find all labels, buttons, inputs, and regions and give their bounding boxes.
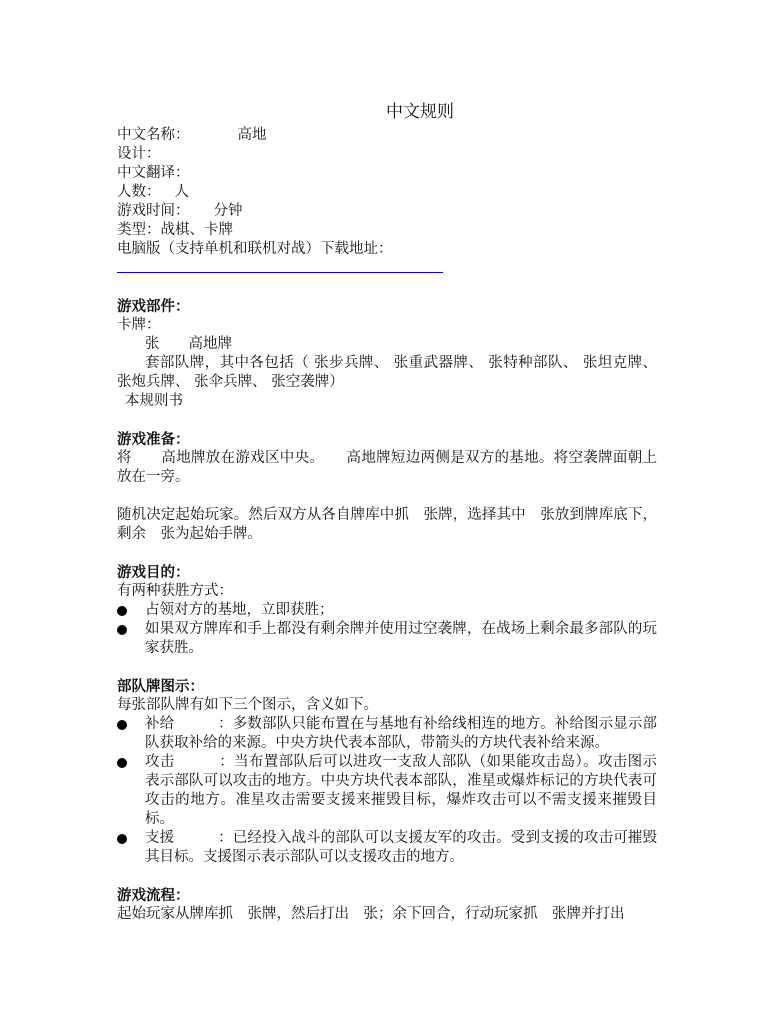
setup-heading: 游戏准备： [117,430,190,449]
name-value: 高地 [238,127,267,143]
players-unit: 人 [175,184,190,200]
flow-heading: 游戏流程： [117,886,190,905]
time-label: 游戏时间： [117,203,190,219]
icons-heading: 部队牌图示： [117,677,204,696]
bullet-icon [117,834,127,844]
objective-intro: 有两种获胜方式： [117,582,233,601]
type-value: 战棋、卡牌 [161,222,234,238]
components-line-1: 张 高地牌 [145,335,232,354]
objective-bullet-1: 占领对方的基地，立即获胜； [145,601,657,620]
bullet-icon [117,606,127,616]
objective-bullet-2: 如果双方牌库和手上都没有剩余牌并使用过空袭牌，在战场上剩余最多部队的玩家获胜。 [145,620,657,658]
download-link[interactable] [117,272,443,273]
page-title: 中文规则 [117,97,723,122]
bullet-icon [117,758,127,768]
icons-bullet-support: 支援 ：已经投入战斗的部队可以支援友军的攻击。受到支援的攻击可摧毁其目标。支援图… [145,829,657,867]
info-players: 人数：人 [117,183,189,202]
bullet-icon [117,625,127,635]
info-designer: 设计： [117,145,161,164]
setup-para-1: 将 高地牌放在游戏区中央。 高地牌短边两侧是双方的基地。将空袭牌面朝上放在一旁。 [117,449,657,487]
time-unit: 分钟 [214,203,243,219]
components-heading: 游戏部件： [117,297,190,316]
players-label: 人数： [117,184,161,200]
components-line-3: 本规则书 [125,392,183,411]
objective-heading: 游戏目的： [117,563,190,582]
cards-label: 卡牌： [117,316,161,335]
name-label: 中文名称： [117,127,190,143]
icons-bullet-attack: 攻击 ：当布置部队后可以进攻一支敌人部队（如果能攻击岛）。攻击图示表示部队可以攻… [145,753,657,829]
type-label: 类型： [117,222,161,238]
info-time: 游戏时间：分钟 [117,202,243,221]
info-download: 电脑版（支持单机和联机对战）下载地址： [117,240,393,259]
info-type: 类型：战棋、卡牌 [117,221,233,240]
bullet-icon [117,720,127,730]
components-line-2: 套部队牌，其中各包括（ 张步兵牌、 张重武器牌、 张特种部队、 张坦克牌、 张炮… [117,354,657,392]
icons-bullet-supply: 补给 ：多数部队只能布置在与基地有补给线相连的地方。补给图示显示部队获取补给的来… [145,715,657,753]
info-name: 中文名称：高地 [117,126,267,145]
setup-para-2: 随机决定起始玩家。然后双方从各自牌库中抓 张牌，选择其中 张放到牌库底下，剩余 … [117,506,657,544]
icons-intro: 每张部队牌有如下三个图示，含义如下。 [117,696,378,715]
info-translator: 中文翻译： [117,164,190,183]
flow-para: 起始玩家从牌库抓 张牌，然后打出 张；余下回合，行动玩家抓 张牌并打出 [117,905,625,924]
